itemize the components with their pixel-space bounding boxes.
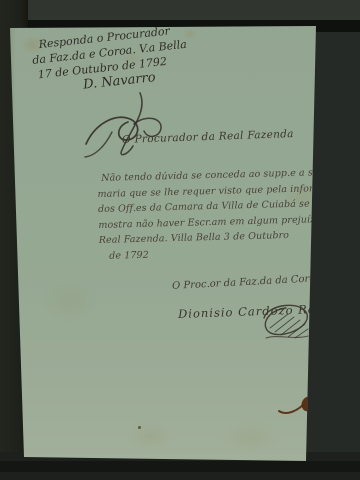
paper-sheet: Responda o Procurador da Faz.da e Coroa.… (0, 0, 360, 480)
body-paragraph: Não tendo dúvida se conceda ao supp.e a … (97, 165, 347, 264)
closing-role-line: O Proc.or da Faz.da da Coroa (172, 273, 322, 292)
rubric-flourish-icon (258, 298, 312, 346)
manuscript-photo: Responda o Procurador da Faz.da e Coroa.… (0, 0, 360, 480)
ink-blot-icon (276, 393, 318, 423)
ink-dot-icon (138, 426, 141, 429)
marginal-annotation: Responda o Procurador da Faz.da e Coroa.… (30, 22, 191, 98)
background-bottom-dark-strip (0, 461, 360, 472)
